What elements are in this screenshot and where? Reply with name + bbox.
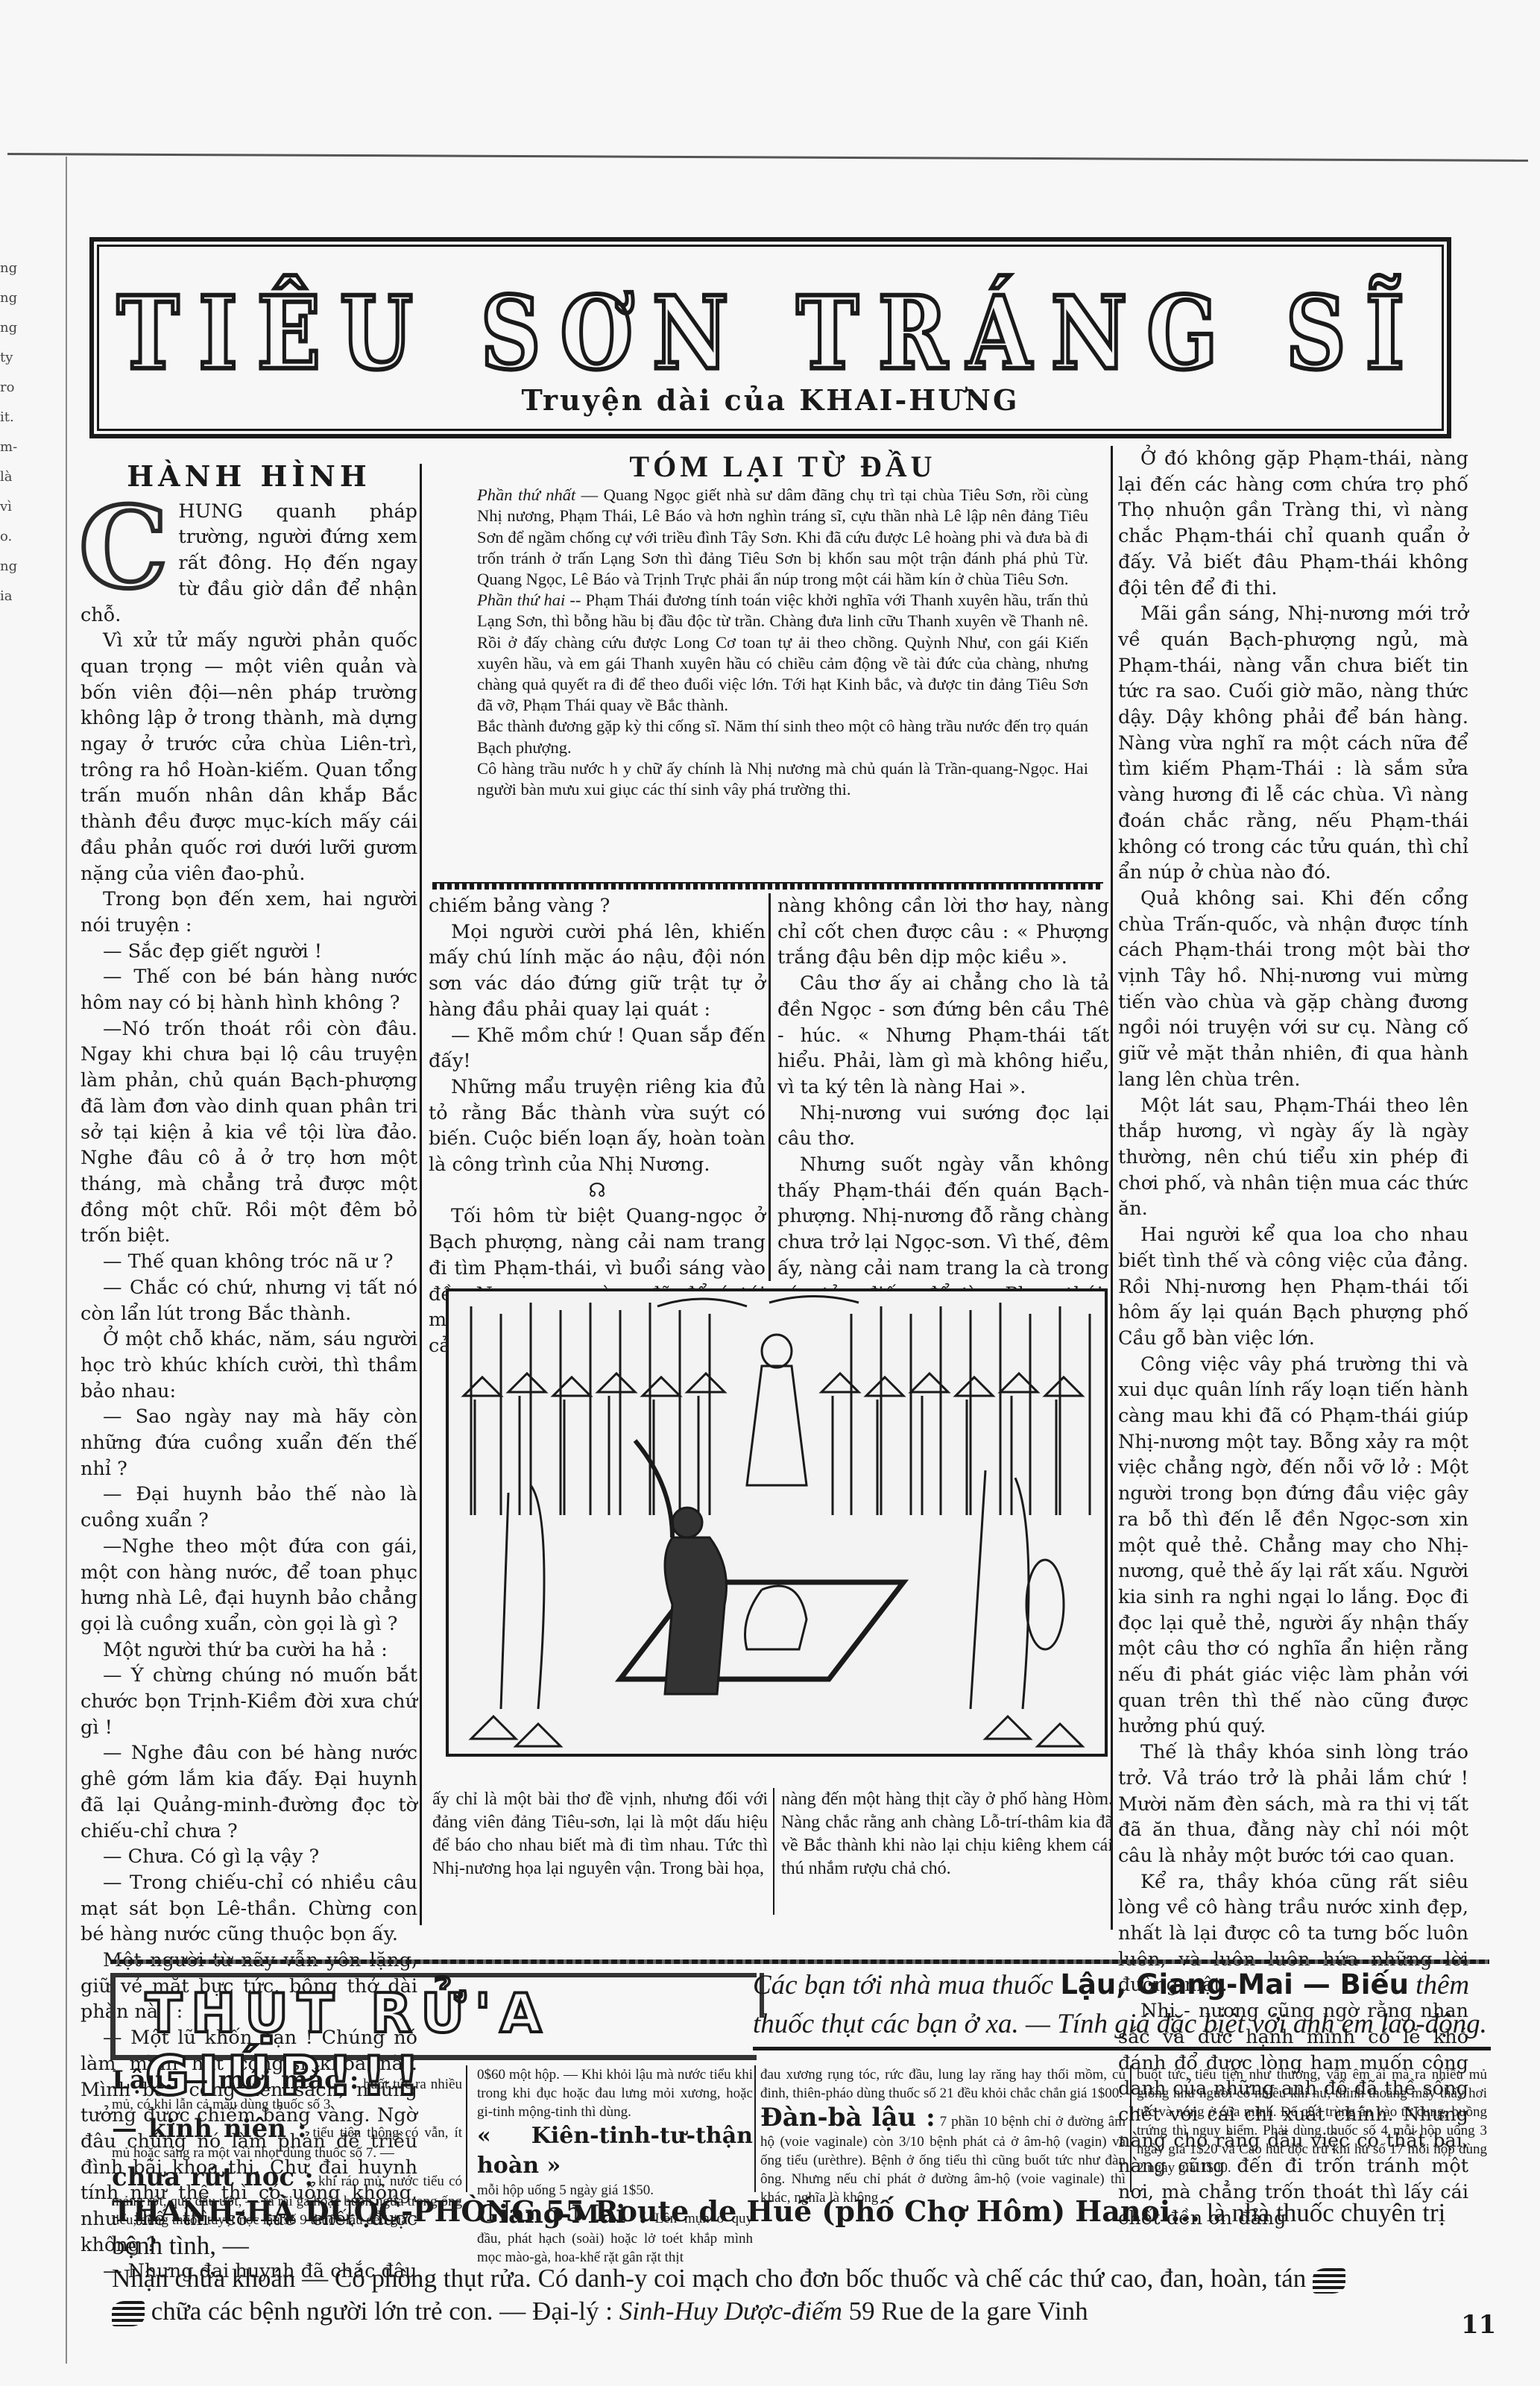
paragraph: Công việc vây phá trường thi và xui dục …: [1118, 1352, 1468, 1740]
paragraph: Một người thứ ba cười ha hả :: [81, 1637, 417, 1663]
ad-text: buốt tức, tiểu tiện như thường, vẫn êm á…: [1137, 2065, 1487, 2177]
ad-top-rule: [110, 1960, 1489, 1964]
wave-ornament-icon: [1313, 2268, 1345, 2294]
dialogue-line: — Thế con bé bán hàng nước hôm nay có bị…: [81, 964, 417, 1016]
page-top-rule: [7, 153, 1528, 162]
margin-fragment: it.: [0, 403, 30, 432]
dialogue-line: — Chắc có chứ, nhưng vị tất nó còn lẩn l…: [81, 1275, 417, 1326]
paragraph: Một lát sau, Phạm-Thái theo lên thắp hươ…: [1118, 1093, 1468, 1223]
execution-scene-illustration: [446, 1288, 1108, 1757]
ad-text: đau xương rụng tóc, rức đầu, lung lay ră…: [760, 2065, 1126, 2103]
ad-column-3: đau xương rụng tóc, rức đầu, lung lay ră…: [760, 2065, 1126, 2207]
ad-label-chua-rut-noc: chưa rứt nọc :: [112, 2162, 314, 2192]
wave-ornament-icon: [112, 2301, 145, 2326]
margin-fragment: là: [0, 462, 30, 492]
dialogue-line: — Thế quan không tróc nã ư ?: [81, 1249, 417, 1275]
dialogue-line: —Nó trốn thoát rồi còn đâu. Ngay khi chư…: [81, 1016, 417, 1249]
margin-fragment: vì: [0, 492, 30, 522]
paragraph: nàng không cần lời thơ hay, nàng chỉ cốt…: [777, 893, 1109, 971]
dialogue-line: —Nghe theo một đứa con gái, một con hàng…: [81, 1534, 417, 1637]
ad-text: 0$60 một hộp. — Khi khỏi lậu mà nước tiể…: [477, 2065, 753, 2121]
ad-column-divider: [754, 2065, 756, 2192]
ad-footer-text: 59 Rue de la gare Vinh: [842, 2297, 1088, 2326]
margin-fragment: ng: [0, 313, 30, 343]
summary-text: -- Phạm Thái đương tính toán việc khởi n…: [477, 591, 1088, 714]
paragraph: Vì xử tử mấy người phản quốc quan trọng …: [81, 628, 417, 887]
drop-cap: C: [79, 503, 168, 593]
story-column-3-continued: nàng đến một hàng thịt cầy ở phố hàng Hò…: [781, 1788, 1113, 1880]
newspaper-page: TIÊU SƠN TRÁNG SĨ Truyện dài của KHAI-HƯ…: [0, 0, 1540, 2386]
ornamental-rule: [432, 882, 1103, 890]
paragraph: Thế là thầy khóa sinh lòng tráo trở. Vả …: [1118, 1740, 1468, 1869]
ad-label-dan-ba-lau: Đàn-bà lậu :: [760, 2103, 935, 2132]
summary-text: Cô hàng trầu nước h y chữ ấy chính là Nh…: [477, 758, 1088, 800]
ad-tagline-text: Các bạn tới nhà mua thuốc: [753, 1970, 1060, 2001]
woodcut-illustration-icon: [449, 1291, 1105, 1754]
story-column-2-continued: ấy chỉ là một bài thơ đề vịnh, nhưng đối…: [432, 1788, 768, 1880]
ad-column-divider: [466, 2065, 467, 2192]
column-divider: [773, 1788, 774, 1915]
column-divider: [420, 464, 422, 1925]
paragraph: Những mẩu truyện riêng kia đủ tỏ rằng Bắ…: [429, 1074, 766, 1178]
left-margin-fragments: ng ng ng ty ro it. m- là vì o. ng ia: [0, 254, 30, 611]
column-divider: [1111, 446, 1113, 1930]
part-label: Phần thứ nhất: [477, 485, 575, 504]
page-number: 11: [1461, 2310, 1496, 2340]
dialogue-line: — Ý chừng chúng nó muốn bắt chước bọn Tr…: [81, 1663, 417, 1740]
serial-author-line: Truyện dài của KHAI-HƯNG: [94, 383, 1447, 417]
ad-title-frame: THỤT RỬ'A GIÚP!!!: [110, 1973, 757, 2060]
serial-title: TIÊU SƠN TRÁNG SĨ: [94, 275, 1447, 392]
margin-fragment: o.: [0, 522, 30, 552]
ad-footer-text: chữa các bệnh người lớn trẻ con. — Đại-l…: [151, 2297, 619, 2326]
paragraph: Câu thơ ấy ai chẳng cho là tả đền Ngọc -…: [777, 971, 1109, 1101]
ad-label-kinh-nien: — kinh niên :: [112, 2114, 307, 2144]
margin-fragment: m-: [0, 432, 30, 462]
part-label: Phần thứ hai: [477, 591, 565, 609]
summary-heading: TÓM LẠI TỪ ĐẦU: [477, 456, 1088, 477]
margin-fragment: ng: [0, 552, 30, 582]
margin-fragment: ng: [0, 283, 30, 313]
paragraph: Trong bọn đến xem, hai người nói truyện …: [81, 887, 417, 938]
ad-product-name: « Kiên-tinh-tư-thận hoàn »: [477, 2121, 753, 2181]
paragraph: Nhị-nương vui sướng đọc lại câu thơ.: [777, 1101, 1109, 1152]
dialogue-line: — Sao ngày nay mà hãy còn những đứa cuồn…: [81, 1404, 417, 1482]
margin-fragment: ro: [0, 373, 30, 403]
paragraph: nàng đến một hàng thịt cầy ở phố hàng Hò…: [781, 1788, 1113, 1880]
ad-tagline-emphasis: Lậu, Giang-Mai — Biếu: [1060, 1968, 1409, 2001]
paragraph: Quả không sai. Khi đến cổng chùa Trấn-qu…: [1118, 886, 1468, 1093]
paragraph: Hai người kể qua loa cho nhau biết tình …: [1118, 1222, 1468, 1352]
dialogue-line: — Trong chiếu-chỉ có nhiều câu mạt sát b…: [81, 1870, 417, 1948]
dialogue-line: — Khẽ mồm chứ ! Quan sắp đến đấy!: [429, 1023, 766, 1074]
paragraph: Mãi gần sáng, Nhị-nương mới trở về quán …: [1118, 601, 1468, 886]
story-column-3: nàng không cần lời thơ hay, nàng chỉ cốt…: [777, 893, 1109, 1333]
paragraph: Ở đó không gặp Phạm-thái, nàng lại đến c…: [1118, 446, 1468, 601]
ad-label-lau-moi-mac: Lậu. — mới mắc :: [112, 2065, 359, 2095]
section-ornament-icon: ☊: [429, 1178, 766, 1204]
pharmacy-name: THANH-HÀ DƯỢC-PHÒNG 55 Route de Huế (phố…: [112, 2194, 1200, 2228]
dialogue-line: — Chưa. Có gì lạ vậy ?: [81, 1844, 417, 1870]
paragraph: ấy chỉ là một bài thơ đề vịnh, nhưng đối…: [432, 1788, 768, 1880]
chapter-heading: HÀNH HÌNH: [81, 464, 417, 490]
summary-text: Bắc thành đương gặp kỳ thi cống sĩ. Năm …: [477, 716, 1088, 758]
margin-fragment: ia: [0, 582, 30, 611]
ad-column-divider: [1130, 2065, 1132, 2192]
margin-fragment: ng: [0, 254, 30, 283]
ad-footer-text: Nhận chữa khoán — Có phòng thụt rửa. Có …: [112, 2264, 1306, 2293]
dialogue-line: — Sắc đẹp giết người !: [81, 939, 417, 965]
ad-footer: THANH-HÀ DƯỢC-PHÒNG 55 Route de Huế (phố…: [112, 2195, 1491, 2328]
paragraph: chiếm bảng vàng ?: [429, 893, 766, 919]
margin-fragment: ty: [0, 343, 30, 373]
serial-title-banner: TIÊU SƠN TRÁNG SĨ Truyện dài của KHAI-HƯ…: [89, 237, 1451, 438]
column-divider: [769, 893, 771, 1281]
paragraph: Mọi người cười phá lên, khiến mấy chú lí…: [429, 919, 766, 1023]
agent-name: Sinh-Huy Dược-điếm: [619, 2297, 842, 2326]
paragraph: Ở một chỗ khác, năm, sáu người học trò k…: [81, 1326, 417, 1404]
dialogue-line: — Đại huynh bảo thế nào là cuồng xuẩn ?: [81, 1482, 417, 1533]
page-left-rule: [66, 157, 67, 2364]
ad-tagline: Các bạn tới nhà mua thuốc Lậu, Giang-Mai…: [753, 1965, 1491, 2050]
ad-column-4: buốt tức, tiểu tiện như thường, vẫn êm á…: [1137, 2065, 1487, 2177]
story-summary-box: TÓM LẠI TỪ ĐẦU Phần thứ nhất — Quang Ngọ…: [477, 456, 1088, 800]
dialogue-line: — Nghe đâu con bé hàng nước ghê gớm lắm …: [81, 1740, 417, 1844]
